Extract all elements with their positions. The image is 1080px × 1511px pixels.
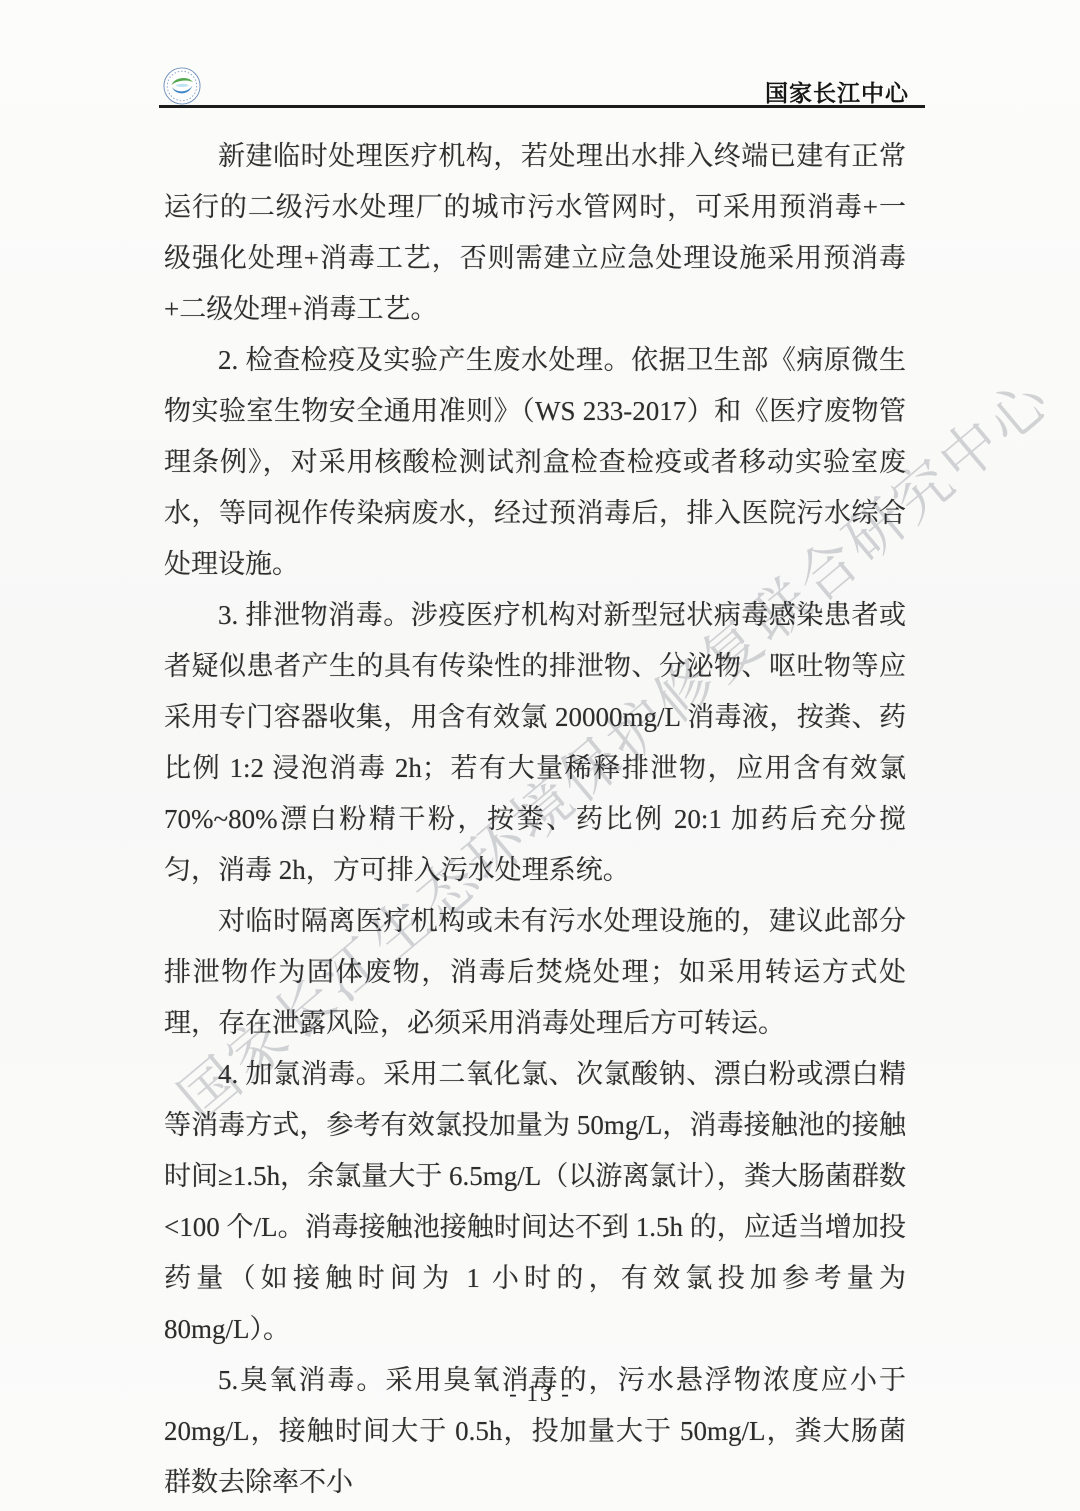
page-number: - 13 - <box>509 1381 571 1406</box>
page-footer: - 13 - <box>0 1381 1080 1407</box>
document-body: 新建临时处理医疗机构，若处理出水排入终端已建有正常运行的二级污水处理厂的城市污水… <box>164 131 906 1508</box>
body-paragraph: 2. 检查检疫及实验产生废水处理。依据卫生部《病原微生物实验室生物安全通用准则》… <box>164 335 906 590</box>
body-paragraph: 新建临时处理医疗机构，若处理出水排入终端已建有正常运行的二级污水处理厂的城市污水… <box>164 131 906 335</box>
page-header: 国家长江中心 <box>159 0 925 108</box>
body-paragraph: 3. 排泄物消毒。涉疫医疗机构对新型冠状病毒感染患者或者疑似患者产生的具有传染性… <box>164 590 906 896</box>
header-rule <box>159 105 925 108</box>
document-page: 国家长江生态环境保护修复联合研究中心 国家长江中心 新建临时处理医疗机构，若处理… <box>0 0 1080 1511</box>
body-paragraph: 对临时隔离医疗机构或未有污水处理设施的，建议此部分排泄物作为固体废物，消毒后焚烧… <box>164 896 906 1049</box>
body-paragraph: 4. 加氯消毒。采用二氧化氯、次氯酸钠、漂白粉或漂白精等消毒方式，参考有效氯投加… <box>164 1049 906 1355</box>
yangtze-center-emblem-icon <box>163 67 201 105</box>
header-org-name: 国家长江中心 <box>765 75 909 108</box>
body-paragraph: 5.臭氧消毒。采用臭氧消毒的，污水悬浮物浓度应小于 20mg/L，接触时间大于 … <box>164 1355 906 1508</box>
